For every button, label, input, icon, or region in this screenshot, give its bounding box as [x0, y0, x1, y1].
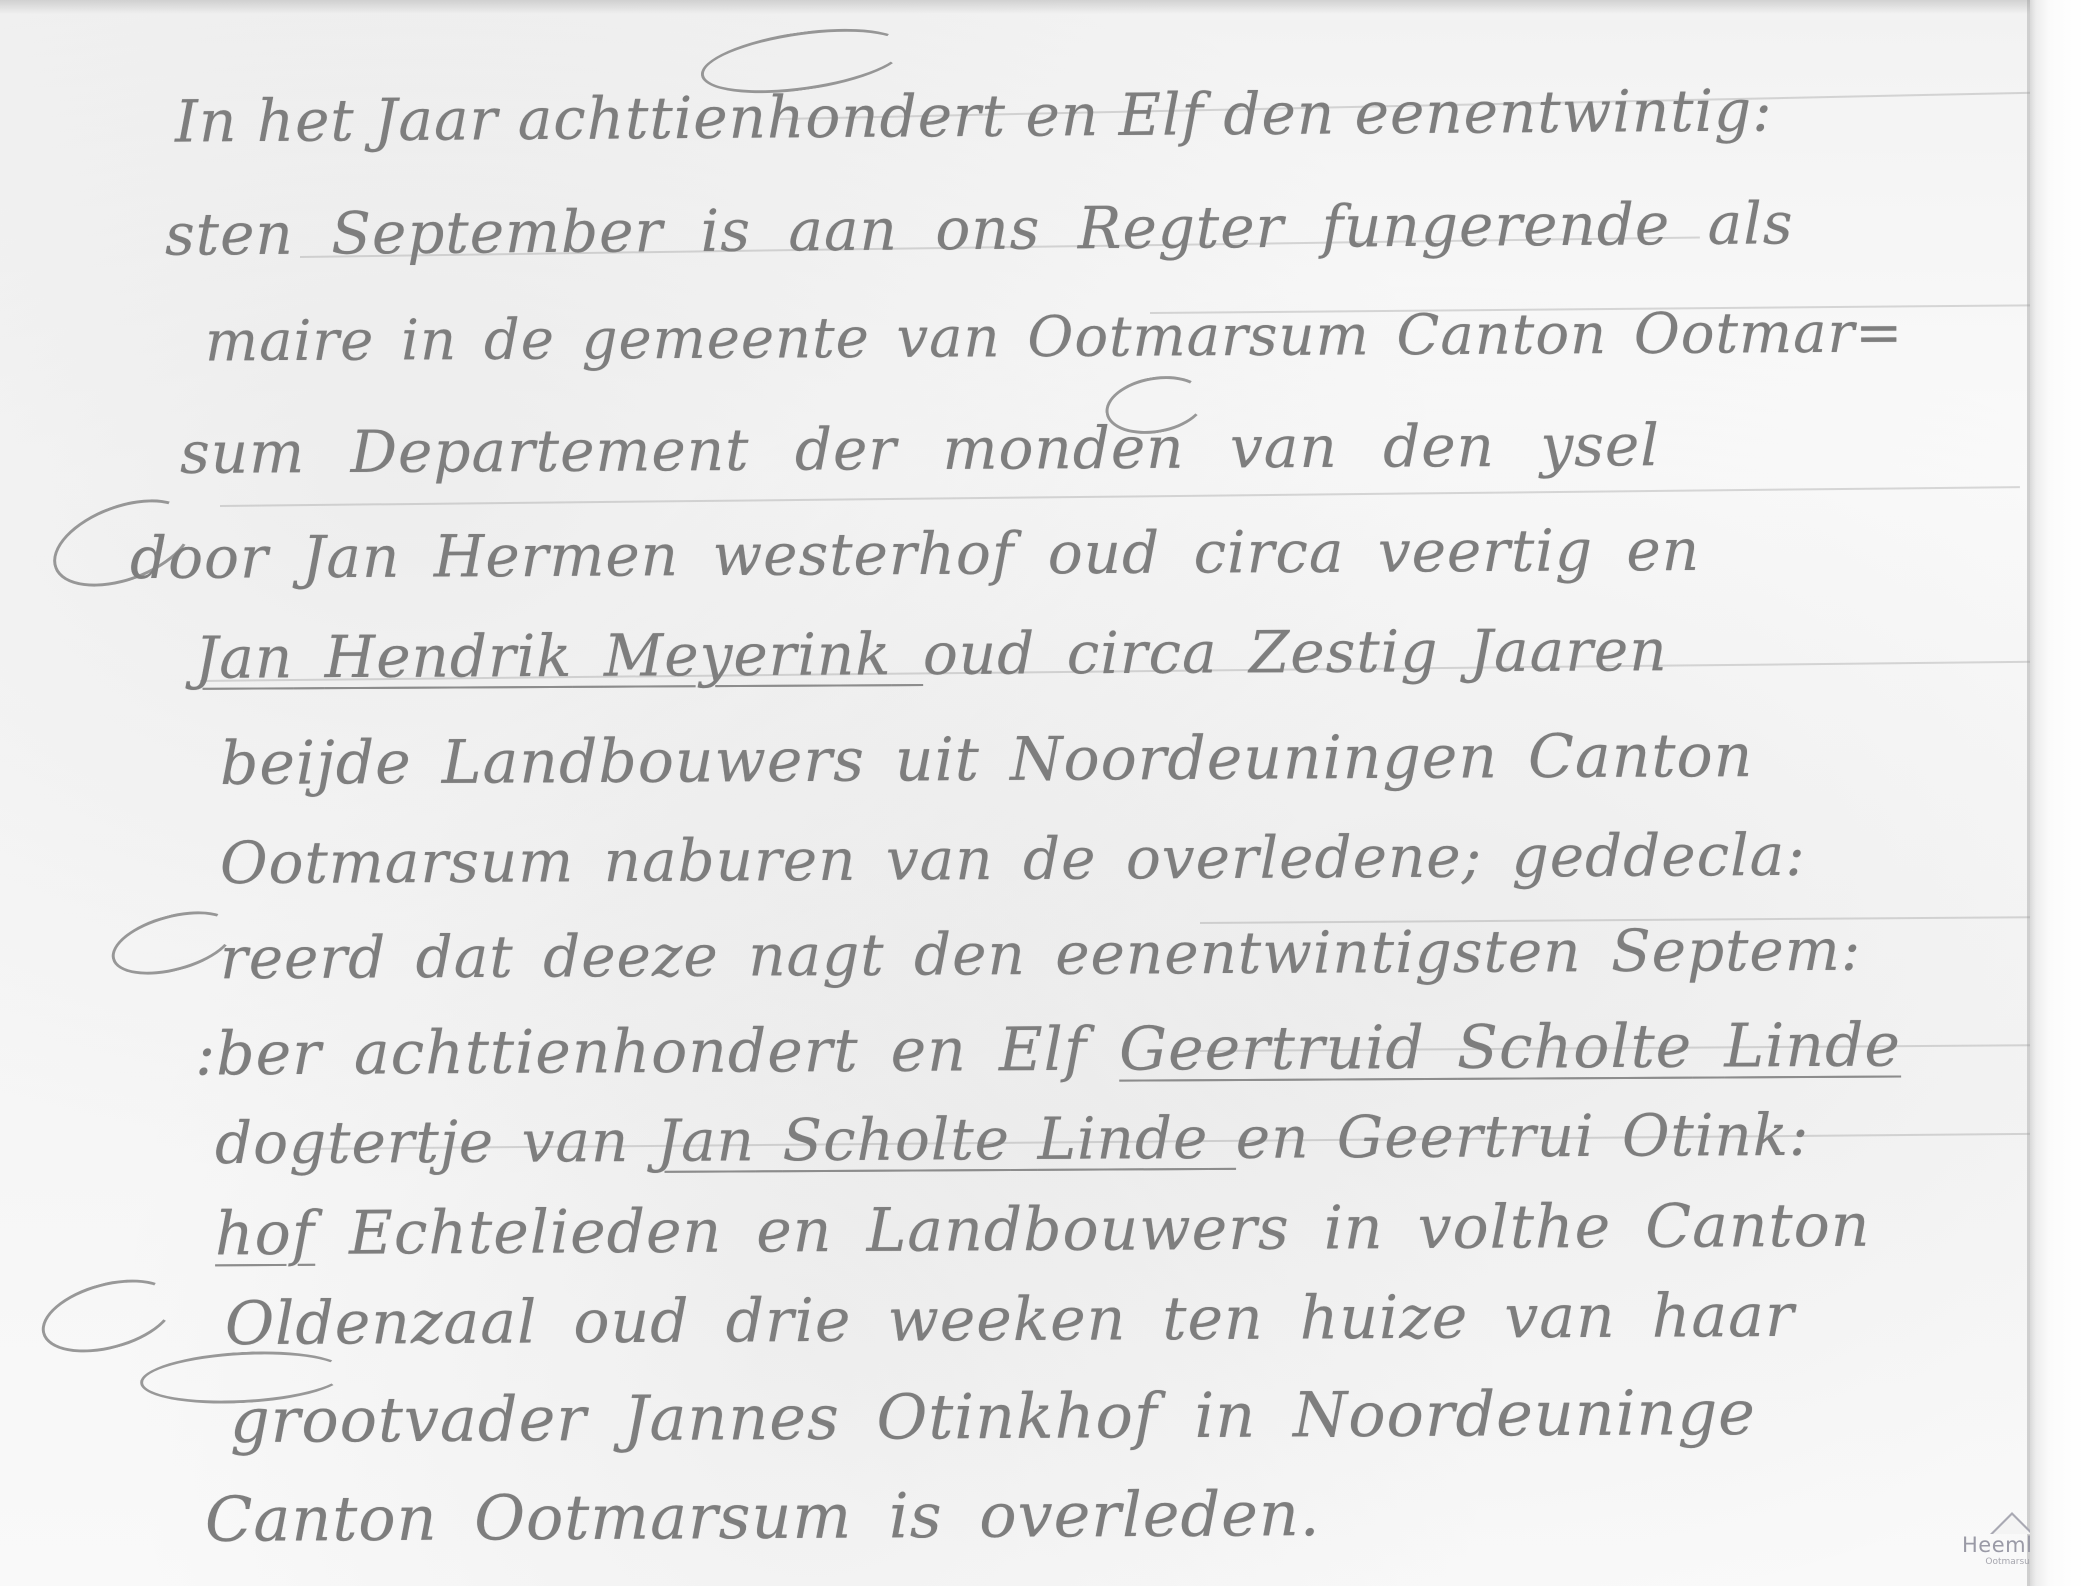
word: Scholte — [1457, 1012, 1693, 1083]
word: Zestig — [1249, 617, 1439, 686]
line-text: beijde Landbouwers uit Noordeuningen Can… — [220, 721, 1754, 799]
line-text: In het Jaar achttienhondert en Elf den e… — [175, 76, 1773, 155]
word: in — [1324, 1193, 1384, 1263]
manuscript-page: In het Jaar achttienhondert en Elf den e… — [0, 0, 2030, 1586]
word: Jan — [195, 623, 294, 692]
word: Meyerink — [604, 620, 892, 690]
line-text: Ootmarsum naburen van de overledene; ged… — [220, 821, 1806, 897]
person-name-underlined: Jan Hendrik Meyerink — [195, 620, 923, 692]
manuscript-line-3: maire in de gemeente van Ootmarsum Canto… — [205, 301, 1904, 375]
manuscript-line-15: Canton Ootmarsum is overleden. — [205, 1477, 1321, 1556]
line-text: door Jan Hermen westerhof oud circa veer… — [130, 516, 1700, 592]
ruled-line — [220, 486, 2020, 507]
line-text: sten September is aan ons Regter fungere… — [165, 189, 1794, 268]
word: Geertruid — [1119, 1013, 1425, 1085]
word: van — [521, 1107, 629, 1176]
line-text: sum Departement der monden van den ysel — [180, 411, 1660, 487]
word: Linde — [1037, 1104, 1208, 1173]
manuscript-line-2: sten September is aan ons Regter fungere… — [165, 189, 1794, 268]
manuscript-line-5: door Jan Hermen westerhof oud circa veer… — [130, 516, 1700, 592]
capital-o-flourish — [34, 1267, 182, 1366]
word-underlined: hof — [215, 1199, 315, 1270]
manuscript-line-7: beijde Landbouwers uit Noordeuningen Can… — [220, 721, 1754, 799]
word: Jan — [657, 1106, 756, 1175]
word: en — [890, 1015, 967, 1085]
line-text: Canton Ootmarsum is overleden. — [205, 1477, 1321, 1556]
word: Canton — [1645, 1191, 1871, 1262]
line-text: grootvader Jannes Otinkhof in Noordeunin… — [230, 1376, 1756, 1457]
word: en — [756, 1196, 833, 1266]
word: en — [1236, 1103, 1310, 1171]
word: Linde — [1724, 1011, 1901, 1082]
line-text: Oldenzaal oud drie weeken ten huize van … — [225, 1281, 1795, 1359]
word: circa — [1067, 619, 1218, 688]
page-top-shadow — [0, 0, 2030, 14]
manuscript-line-1: In het Jaar achttienhondert en Elf den e… — [175, 76, 1773, 155]
word: Hendrik — [324, 622, 572, 691]
word: :ber — [195, 1019, 322, 1090]
manuscript-line-11: dogtertje van Jan Scholte Linde en Geert… — [215, 1101, 1810, 1177]
word: Elf — [999, 1015, 1088, 1085]
word: oud — [923, 619, 1036, 688]
word: Otink: — [1622, 1101, 1810, 1170]
manuscript-line-8: Ootmarsum naburen van de overledene; ged… — [220, 821, 1806, 897]
person-name-underlined: Geertruid Scholte Linde — [1119, 1011, 1901, 1085]
manuscript-line-14: grootvader Jannes Otinkhof in Noordeunin… — [230, 1376, 1756, 1457]
word: Geertrui — [1337, 1102, 1595, 1171]
person-name-underlined: Jan Scholte Linde — [657, 1104, 1236, 1175]
word: volthe — [1417, 1192, 1611, 1263]
manuscript-line-9: reerd dat deeze nagt den eenentwintigste… — [220, 916, 1862, 993]
manuscript-line-13: Oldenzaal oud drie weeken ten huize van … — [225, 1281, 1795, 1359]
manuscript-line-12: hof Echtelieden en Landbouwers in volthe… — [215, 1191, 1871, 1270]
word: achttienhondert — [354, 1016, 859, 1089]
manuscript-line-10: :ber achttienhondert en Elf Geertruid Sc… — [195, 1011, 1901, 1090]
manuscript-line-6: Jan Hendrik Meyerink oud circa Zestig Ja… — [195, 616, 1668, 692]
line-text: reerd dat deeze nagt den eenentwintigste… — [220, 916, 1862, 993]
word: Scholte — [782, 1105, 1010, 1174]
word: Echtelieden — [349, 1197, 722, 1269]
word: Landbouwers — [866, 1194, 1290, 1266]
word: Jaaren — [1470, 616, 1668, 685]
word: dogtertje — [215, 1108, 495, 1177]
scan-page-edge — [2030, 0, 2084, 1586]
house-roof-icon — [1990, 1512, 2034, 1534]
manuscript-line-4: sum Departement der monden van den ysel — [180, 411, 1660, 487]
line-text: maire in de gemeente van Ootmarsum Canto… — [205, 301, 1904, 375]
